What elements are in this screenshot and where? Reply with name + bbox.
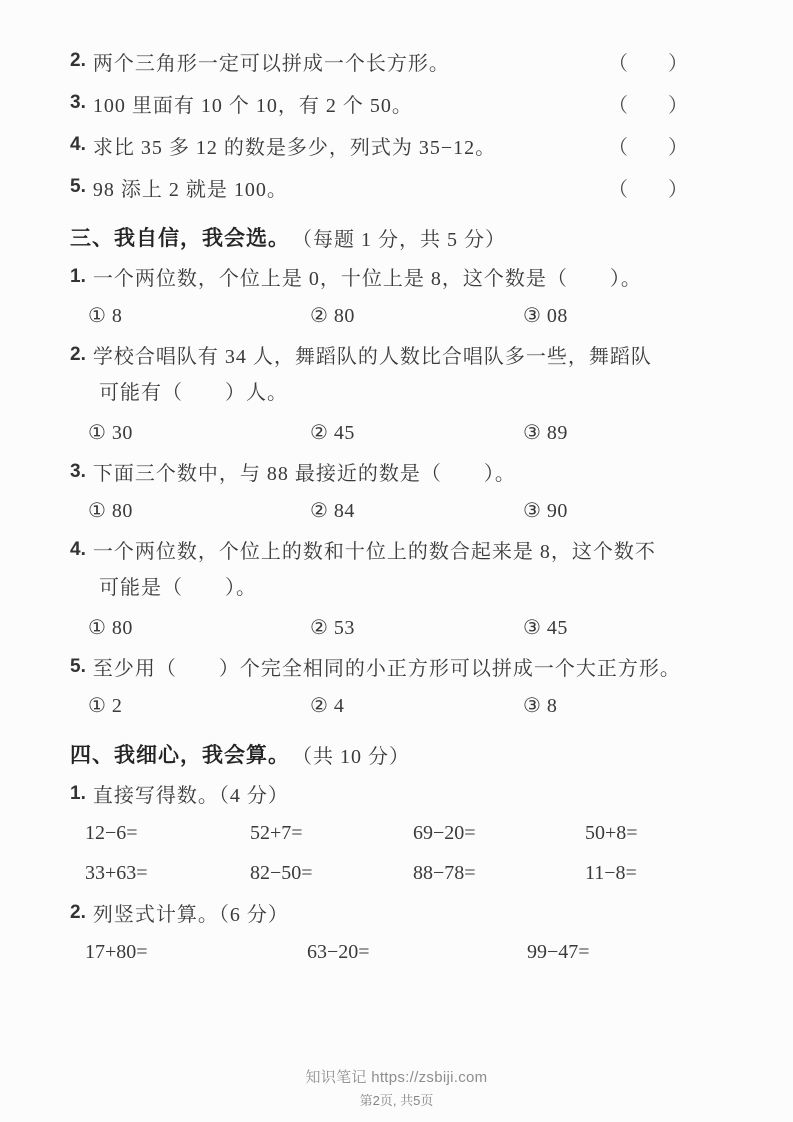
calc-expression: 50+8= <box>585 822 743 845</box>
section-3-heading: 三、我自信，我会选。 （每题 1 分，共 5 分） <box>70 217 743 257</box>
item-number: 2. <box>70 50 86 72</box>
question-number: 2. <box>70 344 86 366</box>
calc-expression: 69−20= <box>413 822 585 845</box>
subsection-number: 2. <box>70 902 86 924</box>
answer-blank: （ ） <box>608 47 688 76</box>
question-text: 至少用（ ）个完全相同的小正方形可以拼成一个大正方形。 <box>93 652 681 681</box>
judge-item-3: 3. 100 里面有 10 个 10，有 2 个 50。 （ ） <box>70 82 743 124</box>
option-2: ② 53 <box>310 615 523 640</box>
question-number: 4. <box>70 539 86 561</box>
option-1: ① 80 <box>88 615 310 640</box>
option-1: ① 80 <box>88 498 310 523</box>
question-number: 3. <box>70 461 86 483</box>
option-3: ③ 45 <box>523 615 743 640</box>
calc-expression: 63−20= <box>307 941 527 964</box>
option-1: ① 30 <box>88 420 310 445</box>
calc-subsection-1: 1. 直接写得数。（4 分） <box>70 774 743 813</box>
judge-item-4: 4. 求比 35 多 12 的数是多少，列式为 35−12。 （ ） <box>70 124 743 166</box>
choice-question-4: 4. 一个两位数，个位上的数和十位上的数合起来是 8，这个数不 <box>70 530 743 569</box>
test-paper-page: 2. 两个三角形一定可以拼成一个长方形。 （ ） 3. 100 里面有 10 个… <box>0 0 793 1122</box>
subsection-label: 直接写得数。（4 分） <box>93 779 289 808</box>
choice-question-3: 3. 下面三个数中，与 88 最接近的数是（ ）。 <box>70 452 743 491</box>
footer-page-number: 第2页, 共5页 <box>0 1090 793 1109</box>
option-2: ② 80 <box>310 303 523 328</box>
question-text: 一个两位数，个位上的数和十位上的数合起来是 8，这个数不 <box>93 535 656 564</box>
answer-blank: （ ） <box>608 173 688 202</box>
judge-item-5: 5. 98 添上 2 就是 100。 （ ） <box>70 166 743 208</box>
options-row-1: ① 8 ② 80 ③ 08 <box>70 296 743 335</box>
choice-question-2: 2. 学校合唱队有 34 人，舞蹈队的人数比合唱队多一些，舞蹈队 <box>70 335 743 374</box>
option-1: ① 8 <box>88 303 310 328</box>
answer-blank: （ ） <box>608 89 688 118</box>
options-row-4: ① 80 ② 53 ③ 45 <box>70 608 743 647</box>
option-1: ① 2 <box>88 693 310 718</box>
question-number: 5. <box>70 656 86 678</box>
answer-blank: （ ） <box>608 131 688 160</box>
option-3: ③ 89 <box>523 420 743 445</box>
item-number: 5. <box>70 176 86 198</box>
item-text: 两个三角形一定可以拼成一个长方形。 <box>93 47 450 76</box>
section-title: 四、我细心，我会算。 <box>70 739 290 769</box>
option-2: ② 4 <box>310 693 523 718</box>
choice-question-1: 1. 一个两位数，个位上是 0，十位上是 8，这个数是（ ）。 <box>70 257 743 296</box>
item-text: 求比 35 多 12 的数是多少，列式为 35−12。 <box>93 131 496 160</box>
calc-expression: 99−47= <box>527 941 743 964</box>
section-title: 三、我自信，我会选。 <box>70 222 290 252</box>
item-number: 3. <box>70 92 86 114</box>
question-text: 下面三个数中，与 88 最接近的数是（ ）。 <box>93 457 516 486</box>
section-score: （每题 1 分，共 5 分） <box>292 223 506 252</box>
subsection-number: 1. <box>70 783 86 805</box>
choice-question-5: 5. 至少用（ ）个完全相同的小正方形可以拼成一个大正方形。 <box>70 647 743 686</box>
page-footer: 知识笔记 https://zsbiji.com 第2页, 共5页 <box>0 1066 793 1109</box>
section-4-heading: 四、我细心，我会算。 （共 10 分） <box>70 734 743 774</box>
subsection-label: 列竖式计算。（6 分） <box>93 898 289 927</box>
option-3: ③ 8 <box>523 693 743 718</box>
item-text: 98 添上 2 就是 100。 <box>93 173 288 202</box>
calc-expression: 17+80= <box>85 941 307 964</box>
option-3: ③ 90 <box>523 498 743 523</box>
judge-item-2: 2. 两个三角形一定可以拼成一个长方形。 （ ） <box>70 40 743 82</box>
question-text-continued: 可能有（ ）人。 <box>70 374 743 413</box>
question-text: 一个两位数，个位上是 0，十位上是 8，这个数是（ ）。 <box>93 262 642 291</box>
footer-site-text: 知识笔记 https://zsbiji.com <box>0 1066 793 1087</box>
question-text-continued: 可能是（ ）。 <box>70 569 743 608</box>
mental-calc-row-2: 33+63= 82−50= 88−78= 11−8= <box>70 853 743 893</box>
options-row-2: ① 30 ② 45 ③ 89 <box>70 413 743 452</box>
calc-expression: 52+7= <box>250 822 413 845</box>
item-text: 100 里面有 10 个 10，有 2 个 50。 <box>93 89 413 118</box>
calc-expression: 33+63= <box>85 862 250 885</box>
option-2: ② 45 <box>310 420 523 445</box>
column-calc-row: 17+80= 63−20= 99−47= <box>70 932 743 972</box>
item-number: 4. <box>70 134 86 156</box>
calc-expression: 82−50= <box>250 862 413 885</box>
calc-subsection-2: 2. 列竖式计算。（6 分） <box>70 893 743 932</box>
option-3: ③ 08 <box>523 303 743 328</box>
options-row-5: ① 2 ② 4 ③ 8 <box>70 686 743 725</box>
question-number: 1. <box>70 266 86 288</box>
options-row-3: ① 80 ② 84 ③ 90 <box>70 491 743 530</box>
mental-calc-row-1: 12−6= 52+7= 69−20= 50+8= <box>70 813 743 853</box>
calc-expression: 12−6= <box>85 822 250 845</box>
option-2: ② 84 <box>310 498 523 523</box>
calc-expression: 88−78= <box>413 862 585 885</box>
question-text: 学校合唱队有 34 人，舞蹈队的人数比合唱队多一些，舞蹈队 <box>93 340 652 369</box>
calc-expression: 11−8= <box>585 862 743 885</box>
section-score: （共 10 分） <box>292 740 410 769</box>
